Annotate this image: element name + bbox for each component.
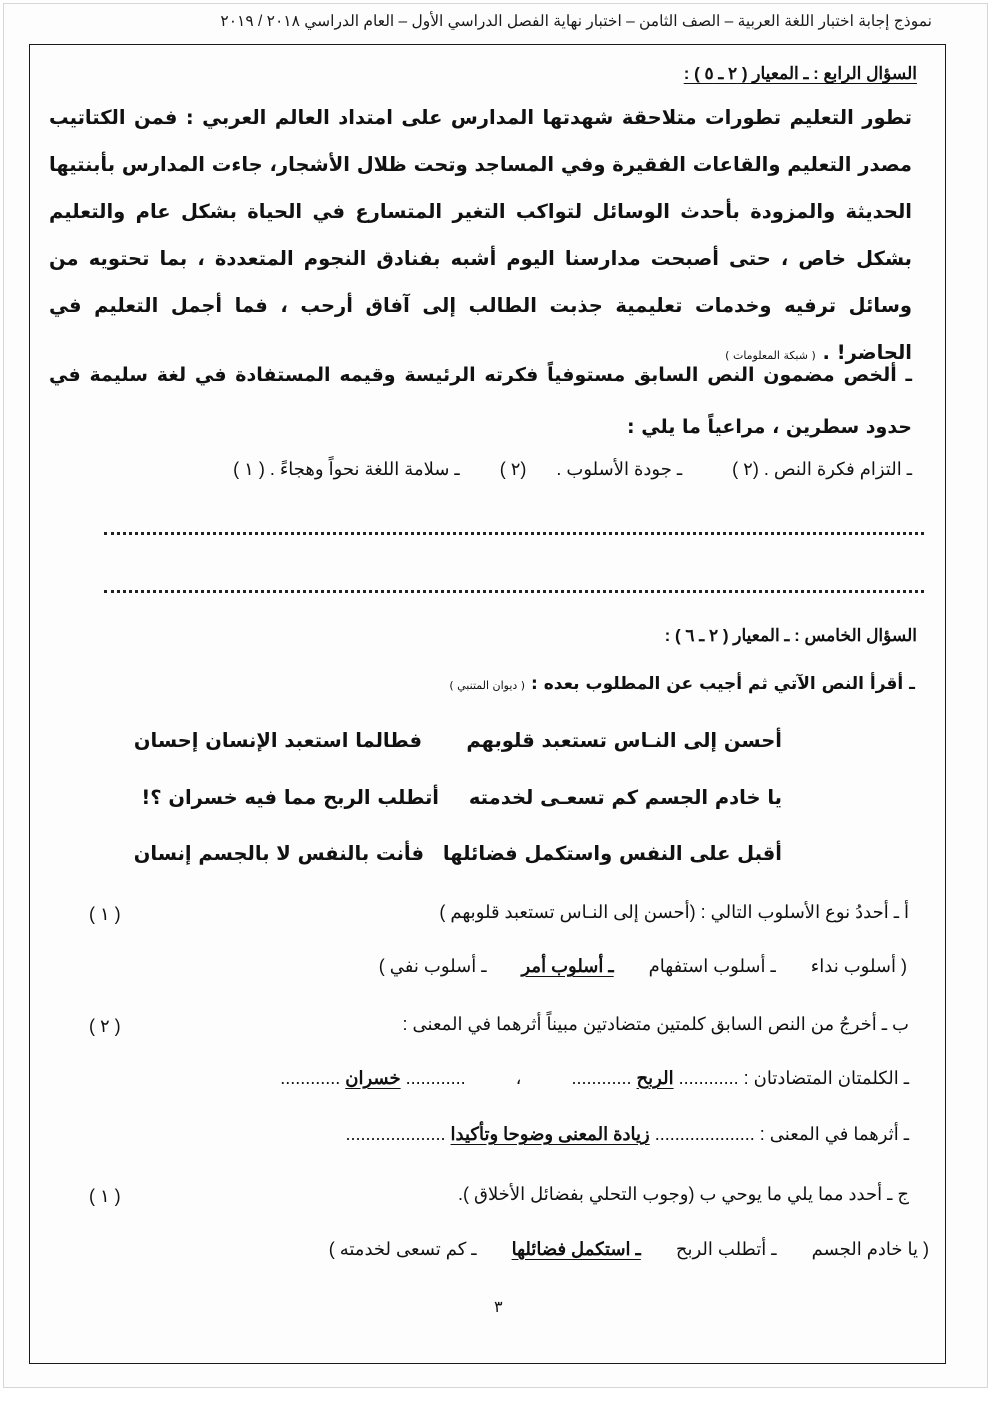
verse-3-first-hemistich: أقبل على النفس واستكمل فضائلها	[443, 842, 782, 865]
verse-2-first-hemistich: يا خادم الجسم كم تسعـى لخدمته	[469, 786, 782, 809]
answer-line-1[interactable]	[104, 532, 924, 535]
page-number: ٣	[494, 1297, 503, 1317]
part-b-mark: ( ٢ )	[89, 1016, 121, 1037]
criterion-1: ـ التزام فكرة النص . (٢ )	[727, 459, 912, 479]
verse-2-second-hemistich: أتطلب الربح مما فيه خسران ؟!	[141, 786, 439, 809]
option-seek-profit[interactable]: ـ أتطلب الربح	[676, 1239, 777, 1260]
poem-source: ( ديوان المتنبي )	[449, 679, 525, 692]
option-imperative-selected[interactable]: ـ أسلوب أمر	[522, 956, 614, 977]
criterion-2: ـ جودة الأسلوب . (٢ )	[495, 459, 682, 479]
part-c-mark: ( ١ )	[89, 1186, 121, 1207]
option-body-servant[interactable]: ( يا خادم الجسم	[812, 1239, 929, 1260]
effect-answer[interactable]: زيادة المعنى وضوحا وتأكيدا	[451, 1124, 650, 1144]
question4-passage: تطور التعليم تطورات متلاحقة شهدتها المدا…	[49, 94, 912, 379]
page-header: نموذج إجابة اختبار اللغة العربية – الصف …	[184, 12, 932, 31]
exam-page: نموذج إجابة اختبار اللغة العربية – الصف …	[3, 3, 988, 1388]
option-negation[interactable]: ـ أسلوب نفي )	[379, 956, 487, 977]
part-a-mark: ( ١ )	[89, 904, 121, 925]
criterion-3: ـ سلامة اللغة نحواً وهجاءً . ( ١ )	[233, 459, 460, 479]
question5-instruction: ـ أقرأ النص الآتي ثم أجيب عن المطلوب بعد…	[449, 674, 915, 694]
criteria-list: ـ التزام فكرة النص . (٢ ) ـ جودة الأسلوب…	[233, 459, 912, 480]
effect-label: ـ أثرهما في المعنى :	[760, 1124, 909, 1144]
verse-1-second-hemistich: فطالما استعبد الإنسان إحسان	[134, 729, 422, 752]
verse-3-second-hemistich: فأنت بالنفس لا بالجسم إنسان	[134, 842, 424, 865]
part-a-options: ( أسلوب نداء ـ أسلوب استفهام ـ أسلوب أمر…	[349, 956, 907, 977]
part-b-question: ب ـ أخرجُ من النص السابق كلمتين متضادتين…	[403, 1014, 909, 1035]
option-how-much-strive[interactable]: ـ كم تسعى لخدمته )	[329, 1239, 477, 1260]
antonym-1-answer[interactable]: الربح	[637, 1068, 674, 1088]
part-b-antonyms-row: ـ الكلمتان المتضادتان : ............ الر…	[280, 1068, 909, 1089]
part-c-question: ج ـ أحدد مما يلي ما يوحي ب (وجوب التحلي …	[458, 1184, 909, 1205]
part-c-options: ( يا خادم الجسم ـ أتطلب الربح ـ استكمل ف…	[329, 1239, 929, 1260]
part-b-effect-row: ـ أثرهما في المعنى : ...................…	[345, 1124, 909, 1145]
antonym-2-answer[interactable]: خسران	[345, 1068, 400, 1088]
question5-title: السؤال الخامس : ـ المعيار ( ٢ ـ ٦ ) :	[665, 626, 917, 646]
answer-line-2[interactable]	[104, 590, 924, 593]
passage-text: تطور التعليم تطورات متلاحقة شهدتها المدا…	[49, 106, 912, 364]
option-vocative[interactable]: ( أسلوب نداء	[811, 956, 907, 977]
question4-title: السؤال الرابع : ـ المعيار ( ٢ ـ ٥ ) :	[684, 64, 917, 84]
verse-1-first-hemistich: أحسن إلى النـاس تستعبد قلوبهم	[466, 729, 782, 752]
option-interrogative[interactable]: ـ أسلوب استفهام	[649, 956, 776, 977]
part-a-question: أ ـ أحددُ نوع الأسلوب التالي : (أحسن إلى…	[439, 902, 909, 923]
option-complete-virtues-selected[interactable]: ـ استكمل فضائلها	[512, 1239, 641, 1260]
question4-task: ـ ألخص مضمون النص السابق مستوفياً فكرته …	[49, 349, 912, 453]
antonyms-label: ـ الكلمتان المتضادتان :	[744, 1068, 909, 1088]
